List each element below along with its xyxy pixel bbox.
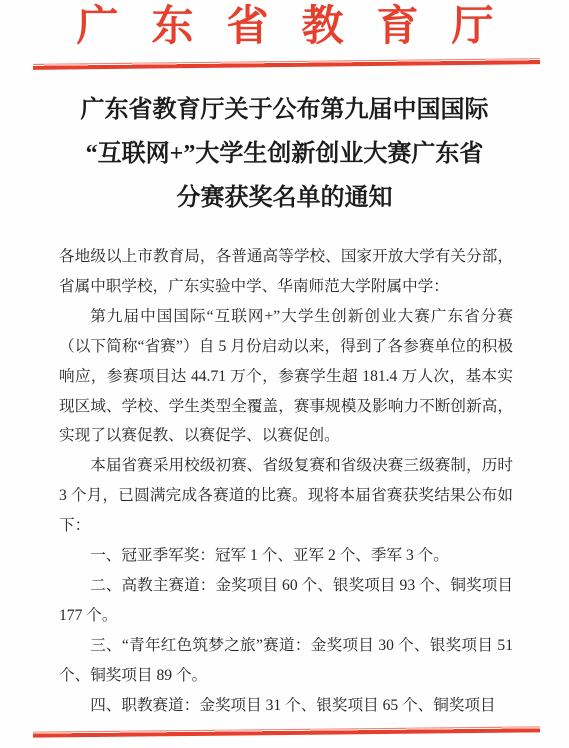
letterhead-org-name: 广东省教育厅 (0, 0, 569, 54)
document-title: 广东省教育厅关于公布第九届中国国际 “互联网+”大学生创新创业大赛广东省 分赛获… (30, 88, 539, 220)
letterhead-divider-line (33, 58, 540, 70)
paragraph-competition-format: 本届省赛采用校级初赛、省级复赛和省级决赛三级赛制，历时 3 个月，已圆满完成各赛… (59, 451, 513, 541)
paragraph-competition-overview: 第九届中国国际“互联网+”大学生创新创业大赛广东省分赛（以下简称“省赛”）自 5… (59, 302, 513, 452)
award-item-higher-education-track: 二、高教主赛道：金奖项目 60 个、银奖项目 93 个、铜奖项目 177 个。 (59, 571, 513, 631)
award-item-vocational-education-track: 四、职教赛道：金奖项目 31 个、银奖项目 65 个、铜奖项目 (59, 691, 513, 721)
document-body: 各地级以上市教育局，各普通高等学校、国家开放大学有关分部，省属中职学校，广东实验… (59, 242, 513, 721)
salutation: 各地级以上市教育局，各普通高等学校、国家开放大学有关分部，省属中职学校，广东实验… (59, 242, 513, 302)
footer-divider-line (33, 726, 540, 737)
document-page: 广东省教育厅 广东省教育厅关于公布第九届中国国际 “互联网+”大学生创新创业大赛… (0, 0, 569, 748)
title-line-1: 广东省教育厅关于公布第九届中国国际 (30, 88, 539, 132)
title-line-2: “互联网+”大学生创新创业大赛广东省 (30, 132, 539, 176)
award-item-champions: 一、冠亚季军奖：冠军 1 个、亚军 2 个、季军 3 个。 (59, 541, 513, 571)
title-line-3: 分赛获奖名单的通知 (30, 176, 539, 220)
award-item-red-dream-journey-track: 三、“青年红色筑梦之旅”赛道：金奖项目 30 个、银奖项目 51 个、铜奖项目 … (59, 631, 513, 691)
